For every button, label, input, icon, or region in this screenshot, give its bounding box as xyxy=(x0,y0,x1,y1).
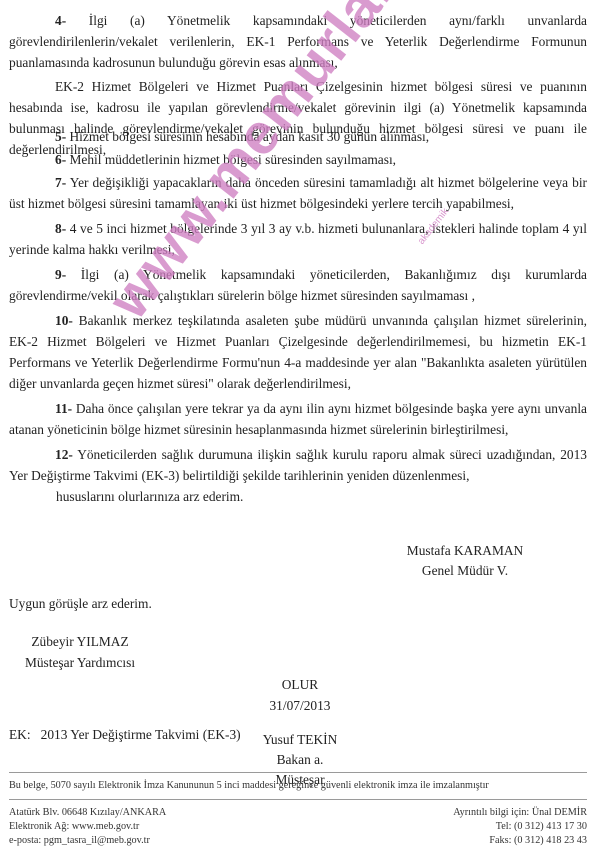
item-number: 6- xyxy=(55,152,66,167)
item-text: İlgi (a) Yönetmelik kapsamındaki yönetic… xyxy=(9,267,587,303)
director-name: Mustafa KARAMAN xyxy=(390,540,540,561)
minister-deputy-name: Yusuf TEKİN xyxy=(230,729,370,750)
item-4-continuation: EK-2 Hizmet Bölgeleri ve Hizmet Puanları… xyxy=(9,76,587,160)
item-12: 12- Yöneticilerden sağlık durumuna ilişk… xyxy=(9,444,587,486)
item-number: 8- xyxy=(55,221,66,236)
item-text: 4 ve 5 inci hizmet bölgelerinde 3 yıl 3 … xyxy=(9,221,587,257)
footer-divider-top xyxy=(9,772,587,773)
item-7: 7- Yer değişikliği yapacakların daha önc… xyxy=(9,172,587,214)
item-6-line: 6- Mehil müddetlerinin hizmet bölgesi sü… xyxy=(9,149,587,170)
footer-tel: Tel: (0 312) 413 17 30 xyxy=(340,820,587,835)
footer-address: Atatürk Blv. 06648 Kızılay/ANKARA xyxy=(9,806,166,821)
deputy-title: Müsteşar Yardımcısı xyxy=(10,652,150,673)
item-number: 9- xyxy=(55,267,66,282)
closing-line: hususlarını olurlarınıza arz ederim. xyxy=(56,486,243,507)
item-text: Mehil müddetlerinin hizmet bölgesi süres… xyxy=(66,152,396,167)
director-title: Genel Müdür V. xyxy=(390,560,540,581)
item-text: Bakanlık merkez teşkilatında asaleten şu… xyxy=(9,313,587,391)
attachment-link[interactable]: 2013 Yer Değiştirme Takvimi (EK-3) xyxy=(41,727,241,742)
footer-fax: Faks: (0 312) 418 23 43 xyxy=(340,834,587,849)
item-11: 11- Daha önce çalışılan yere tekrar ya d… xyxy=(9,398,587,440)
item-number: 4- xyxy=(55,13,66,28)
esign-notice: Bu belge, 5070 sayılı Elektronik İmza Ka… xyxy=(9,779,489,794)
item-number: 5- xyxy=(55,129,66,144)
item-number: 11- xyxy=(55,401,72,416)
item-text: Daha önce çalışılan yere tekrar ya da ay… xyxy=(9,401,587,437)
attachment-label: EK: xyxy=(9,727,31,742)
document-page: 4- İlgi (a) Yönetmelik kapsamındaki yöne… xyxy=(0,0,600,855)
approval-note: Uygun görüşle arz ederim. xyxy=(9,593,152,614)
olur-date: 31/07/2013 xyxy=(230,695,370,716)
item-4: 4- İlgi (a) Yönetmelik kapsamındaki yöne… xyxy=(9,10,587,73)
olur-label: OLUR xyxy=(230,674,370,695)
item-number: 7- xyxy=(55,175,66,190)
deputy-name: Zübeyir YILMAZ xyxy=(10,631,150,652)
item-8: 8- 4 ve 5 inci hizmet bölgelerinde 3 yıl… xyxy=(9,218,587,260)
item-text: İlgi (a) Yönetmelik kapsamındaki yönetic… xyxy=(9,13,587,70)
item-9: 9- İlgi (a) Yönetmelik kapsamındaki yöne… xyxy=(9,264,587,306)
item-5: 5- Hizmet bölgesi süresinin hesabında ay… xyxy=(9,126,587,147)
footer-contact: Ayrıntılı bilgi için: Ünal DEMİR xyxy=(340,806,587,821)
footer-divider-bottom xyxy=(9,799,587,800)
item-text: Hizmet bölgesi süresinin hesabında aydan… xyxy=(66,129,429,144)
attachment-line: EK: 2013 Yer Değiştirme Takvimi (EK-3) xyxy=(9,724,241,745)
item-text: Yöneticilerden sağlık durumuna ilişkin s… xyxy=(9,447,587,483)
item-number: 12- xyxy=(55,447,73,462)
footer-web[interactable]: Elektronik Ağ: www.meb.gov.tr xyxy=(9,820,139,835)
item-10: 10- Bakanlık merkez teşkilatında asalete… xyxy=(9,310,587,394)
footer-email[interactable]: e-posta: pgm_tasra_il@meb.gov.tr xyxy=(9,834,150,849)
item-number: 10- xyxy=(55,313,73,328)
item-text: Yer değişikliği yapacakların daha öncede… xyxy=(9,175,587,211)
minister-deputy-line1: Bakan a. xyxy=(230,749,370,770)
